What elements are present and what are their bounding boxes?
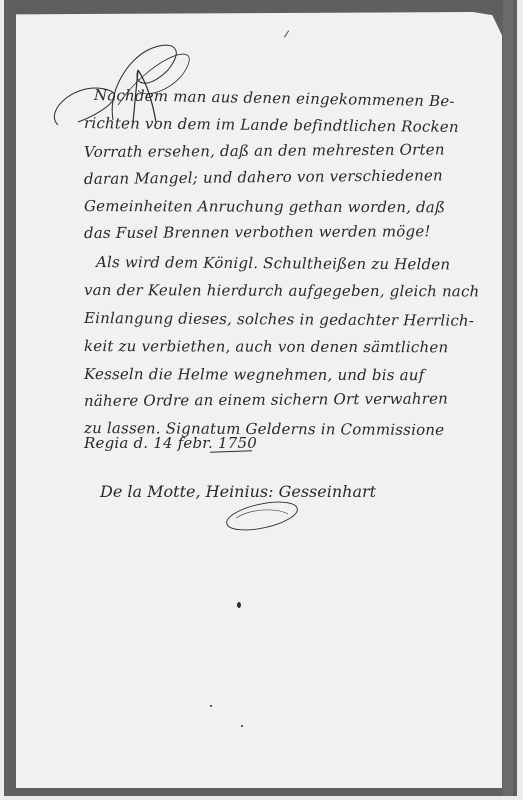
text-line: Kesseln die Helme wegnehmen, und bis auf: [84, 365, 424, 384]
text-line: van der Keulen hierdurch aufgegeben, gle…: [84, 281, 479, 300]
handwritten-text: Nachdem man aus denen eingekommenen Be- …: [0, 0, 523, 800]
text-line: Als wird dem Königl. Schultheißen zu Hel…: [96, 253, 450, 273]
text-line: daran Mangel; und dahero von verschieden…: [84, 166, 443, 188]
ink-mark: [284, 30, 289, 37]
text-line: keit zu verbiethen, auch von denen sämtl…: [84, 337, 448, 356]
ink-speck: [237, 602, 241, 608]
signature-flourish-icon: [222, 498, 302, 534]
text-line: richten von dem im Lande befindtlichen R…: [84, 114, 459, 136]
text-line: Einlangung dieses, solches in gedachter …: [84, 309, 474, 330]
text-line: nähere Ordre an einem sichern Ort verwah…: [84, 389, 448, 410]
ink-speck: [210, 705, 212, 707]
text-line: das Fusel Brennen verbothen werden möge!: [84, 222, 431, 242]
date-line: Regia d. 14 febr. 1750: [84, 434, 257, 452]
scan-background: Nachdem man aus denen eingekommenen Be- …: [0, 0, 523, 800]
text-line: Vorrath ersehen, daß an den mehresten Or…: [84, 140, 445, 161]
text-line: Gemeinheiten Anruchung gethan worden, da…: [84, 197, 445, 216]
ink-speck: [241, 725, 243, 727]
